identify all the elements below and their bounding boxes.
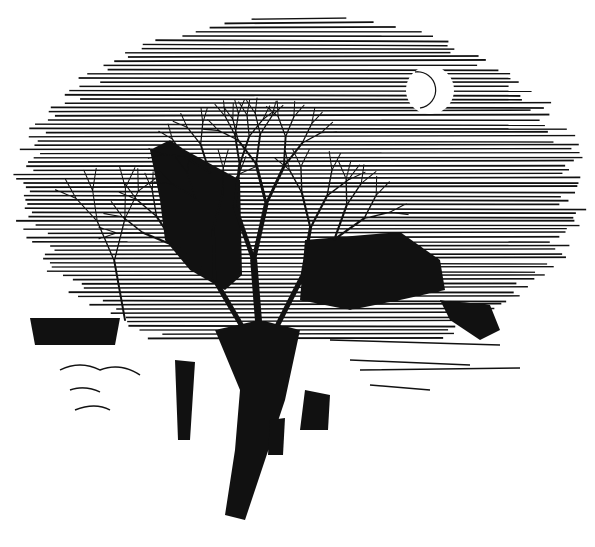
trunk [175, 320, 300, 520]
hatched-sky [13, 18, 586, 338]
illustration [0, 0, 595, 547]
ink-drawing [0, 0, 595, 547]
